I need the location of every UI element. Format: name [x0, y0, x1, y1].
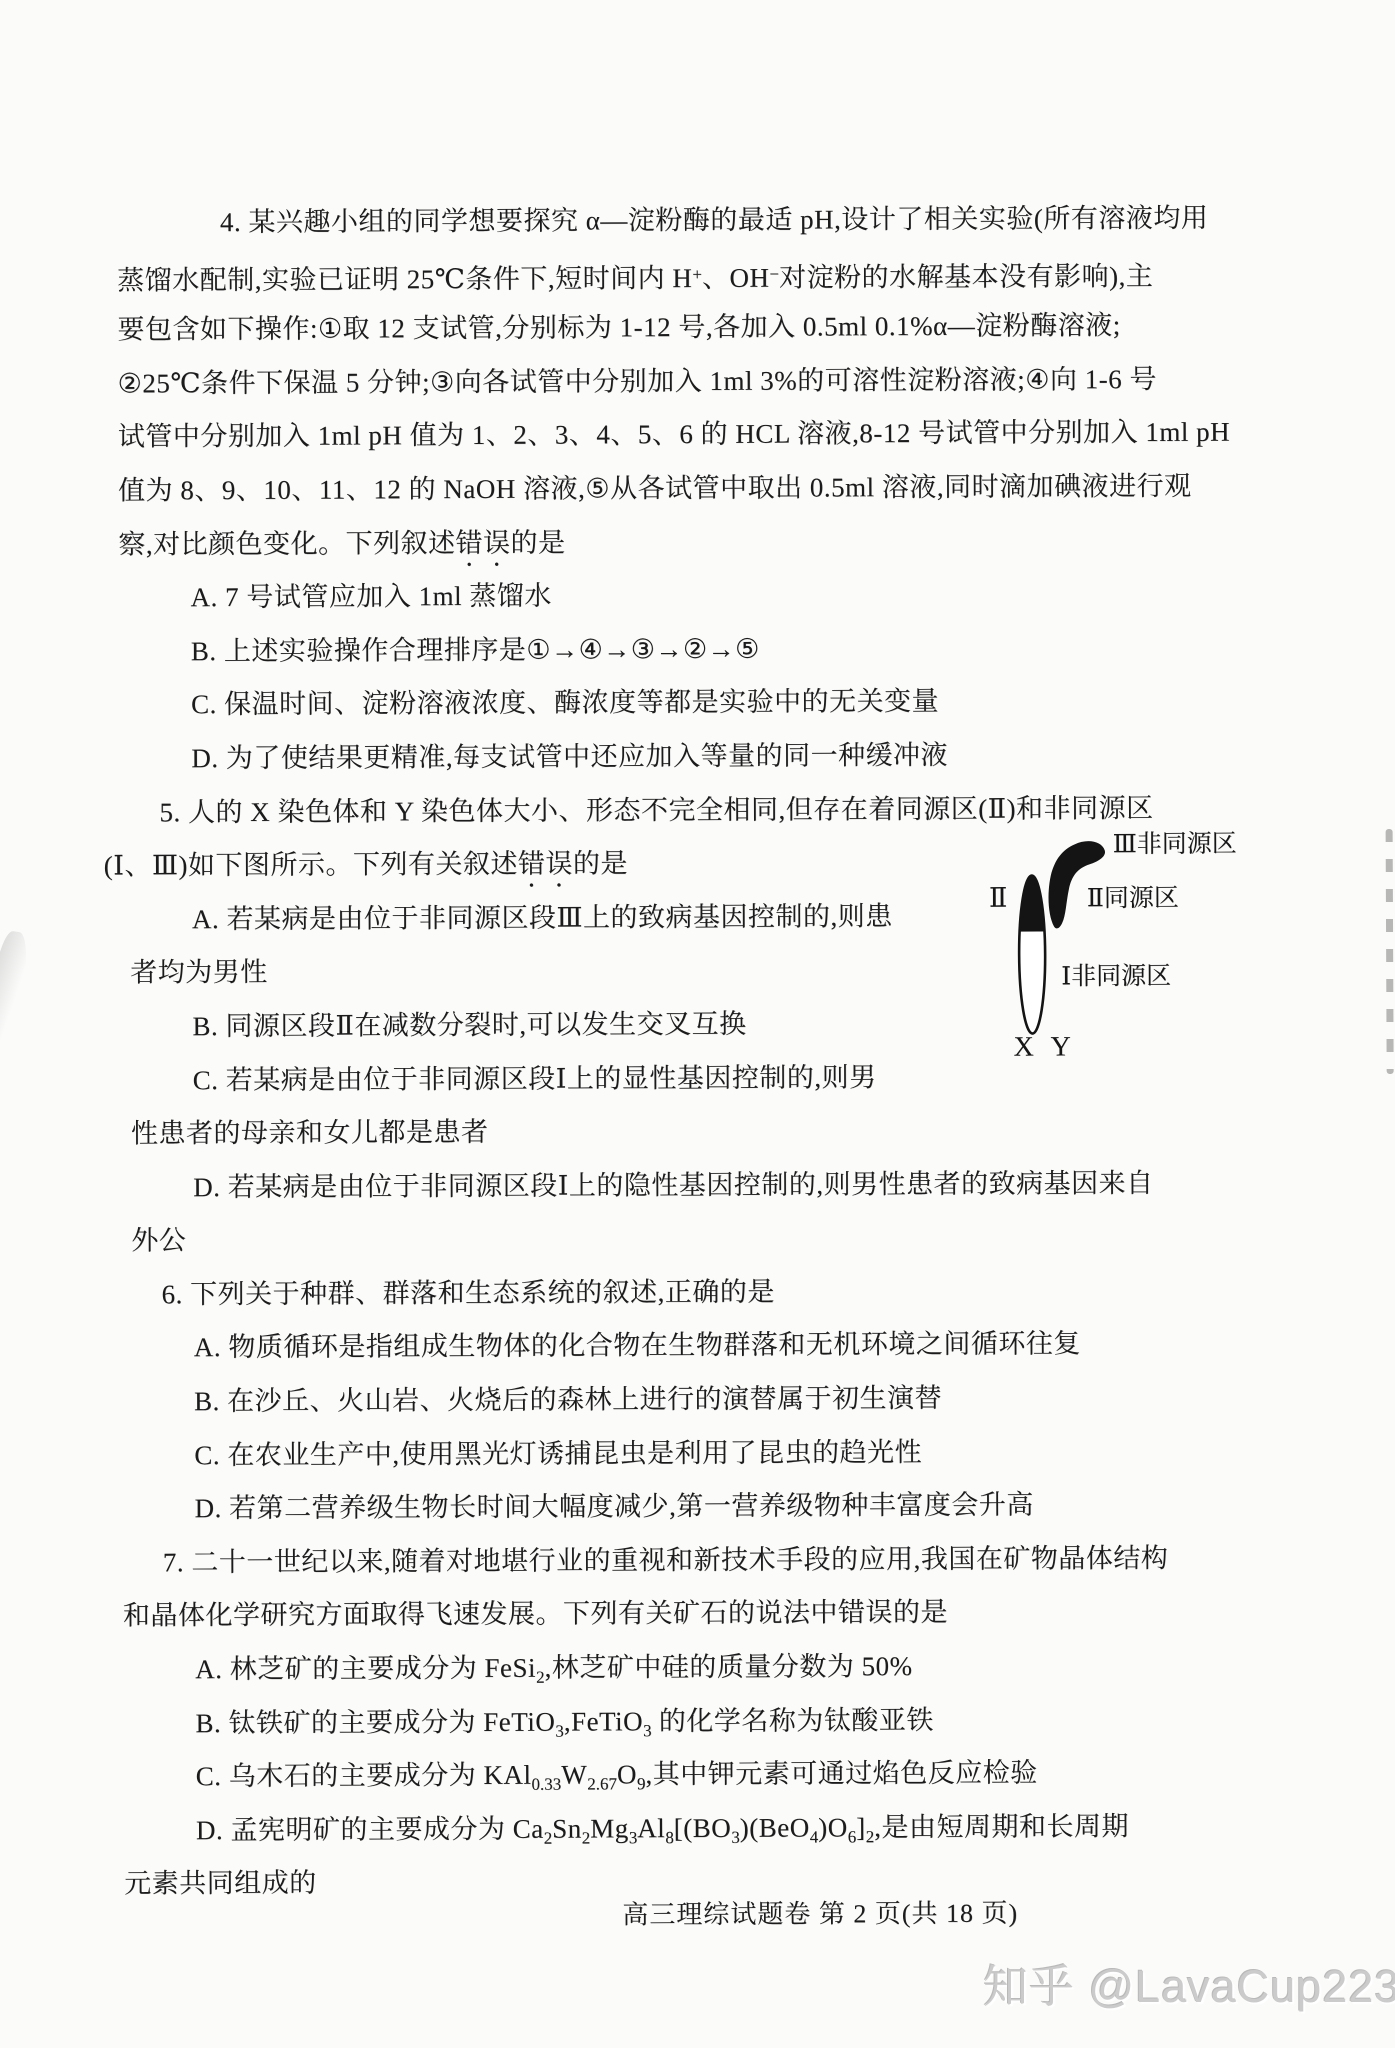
- text-line: A. 7 号试管应加入 1ml 蒸馏水: [110, 566, 1340, 625]
- label-y-chromosome: Y: [1050, 1033, 1070, 1061]
- text-line: 蒸馏水配制,实验已证明 25℃条件下,短时间内 H+、OH−对淀粉的水解基本没有…: [109, 245, 1339, 304]
- text-line: 7. 二十一世纪以来,随着对地堪行业的重视和新技术手段的应用,我国在矿物晶体结构: [115, 1531, 1345, 1590]
- label-x-chromosome: X: [1013, 1034, 1033, 1062]
- page-footer: 高三理综试题卷 第 2 页(共 18 页): [622, 1893, 1018, 1932]
- label-region-ii-left: Ⅱ: [989, 884, 1007, 912]
- label-region-i: Ⅰ非同源区: [1061, 963, 1171, 991]
- text-line: 4. 某兴趣小组的同学想要探究 α—淀粉酶的最适 pH,设计了相关实验(所有溶液…: [109, 191, 1339, 250]
- text-line: C. 保温时间、淀粉溶液浓度、酶浓度等都是实验中的无关变量: [111, 674, 1341, 733]
- text-line: 要包含如下操作:①取 12 支试管,分别标为 1-12 号,各加入 0.5ml …: [109, 298, 1339, 357]
- text-line: 察,对比颜色变化。下列叙述错误的是: [110, 513, 1340, 572]
- scan-smudge: [0, 929, 31, 1052]
- label-region-iii: Ⅲ非同源区: [1113, 831, 1237, 860]
- text-line: 性患者的母亲和女儿都是患者: [113, 1102, 1343, 1161]
- text-line: 值为 8、9、10、11、12 的 NaOH 溶液,⑤从各试管中取出 0.5ml…: [110, 459, 1340, 518]
- text-line: D. 孟宪明矿的主要成分为 Ca2Sn2Mg3Al8[(BO3)(BeO4)O6…: [116, 1799, 1346, 1858]
- text-line: 试管中分别加入 1ml pH 值为 1、2、3、4、5、6 的 HCL 溶液,8…: [110, 406, 1340, 465]
- text-line: A. 林芝矿的主要成分为 FeSi2,林芝矿中硅的质量分数为 50%: [115, 1638, 1345, 1697]
- text-line: C. 乌木石的主要成分为 KAl0.33W2.67O9,其中钾元素可通过焰色反应…: [116, 1745, 1346, 1804]
- text-line: B. 钛铁矿的主要成分为 FeTiO3,FeTiO3 的化学名称为钛酸亚铁: [115, 1692, 1345, 1751]
- text-line: B. 上述实验操作合理排序是①→④→③→②→⑤: [111, 620, 1341, 679]
- xy-chromosome-figure: Ⅱ Ⅲ非同源区 Ⅱ同源区 Ⅰ非同源区 X Y: [955, 822, 1386, 1079]
- scan-edge-artifact: [1386, 829, 1394, 1074]
- text-line: A. 物质循环是指组成生物体的化合物在生物群落和无机环境之间循环往复: [114, 1317, 1344, 1376]
- label-region-ii: Ⅱ同源区: [1087, 885, 1179, 913]
- text-line: 外公: [113, 1209, 1343, 1268]
- question-7: 7. 二十一世纪以来,随着对地堪行业的重视和新技术手段的应用,我国在矿物晶体结构…: [115, 1531, 1347, 1912]
- text-line: B. 在沙丘、火山岩、火烧后的森林上进行的演替属于初生演替: [114, 1370, 1344, 1429]
- x-chromosome-shape: [1019, 875, 1046, 1033]
- text-line: C. 在农业生产中,使用黑光灯诱捕昆虫是利用了昆虫的趋光性: [114, 1424, 1344, 1483]
- text-line: 和晶体化学研究方面取得飞速发展。下列有关矿石的说法中错误的是: [115, 1585, 1345, 1644]
- text-line: D. 若某病是由位于非同源区段Ⅰ上的隐性基因控制的,则男性患者的致病基因来自: [113, 1156, 1343, 1215]
- question-6: 6. 下列关于种群、群落和生态系统的叙述,正确的是A. 物质循环是指组成生物体的…: [114, 1263, 1345, 1536]
- watermark: 知乎 @LavaCup2233: [983, 1950, 1395, 2015]
- paper-sheet: 4. 某兴趣小组的同学想要探究 α—淀粉酶的最适 pH,设计了相关实验(所有溶液…: [0, 0, 1395, 2048]
- scanned-exam-page: { "page": { "footer": "高三理综试题卷 第 2 页(共 1…: [0, 0, 1395, 2048]
- text-line: D. 为了使结果更精准,每支试管中还应加入等量的同一种缓冲液: [111, 727, 1341, 786]
- text-line: ②25℃条件下保温 5 分钟;③向各试管中分别加入 1ml 3%的可溶性淀粉溶液…: [110, 352, 1340, 411]
- text-line: 6. 下列关于种群、群落和生态系统的叙述,正确的是: [114, 1263, 1344, 1322]
- text-line: D. 若第二营养级生物长时间大幅度减少,第一营养级物种丰富度会升高: [114, 1477, 1344, 1536]
- question-4: 4. 某兴趣小组的同学想要探究 α—淀粉酶的最适 pH,设计了相关实验(所有溶液…: [109, 191, 1342, 786]
